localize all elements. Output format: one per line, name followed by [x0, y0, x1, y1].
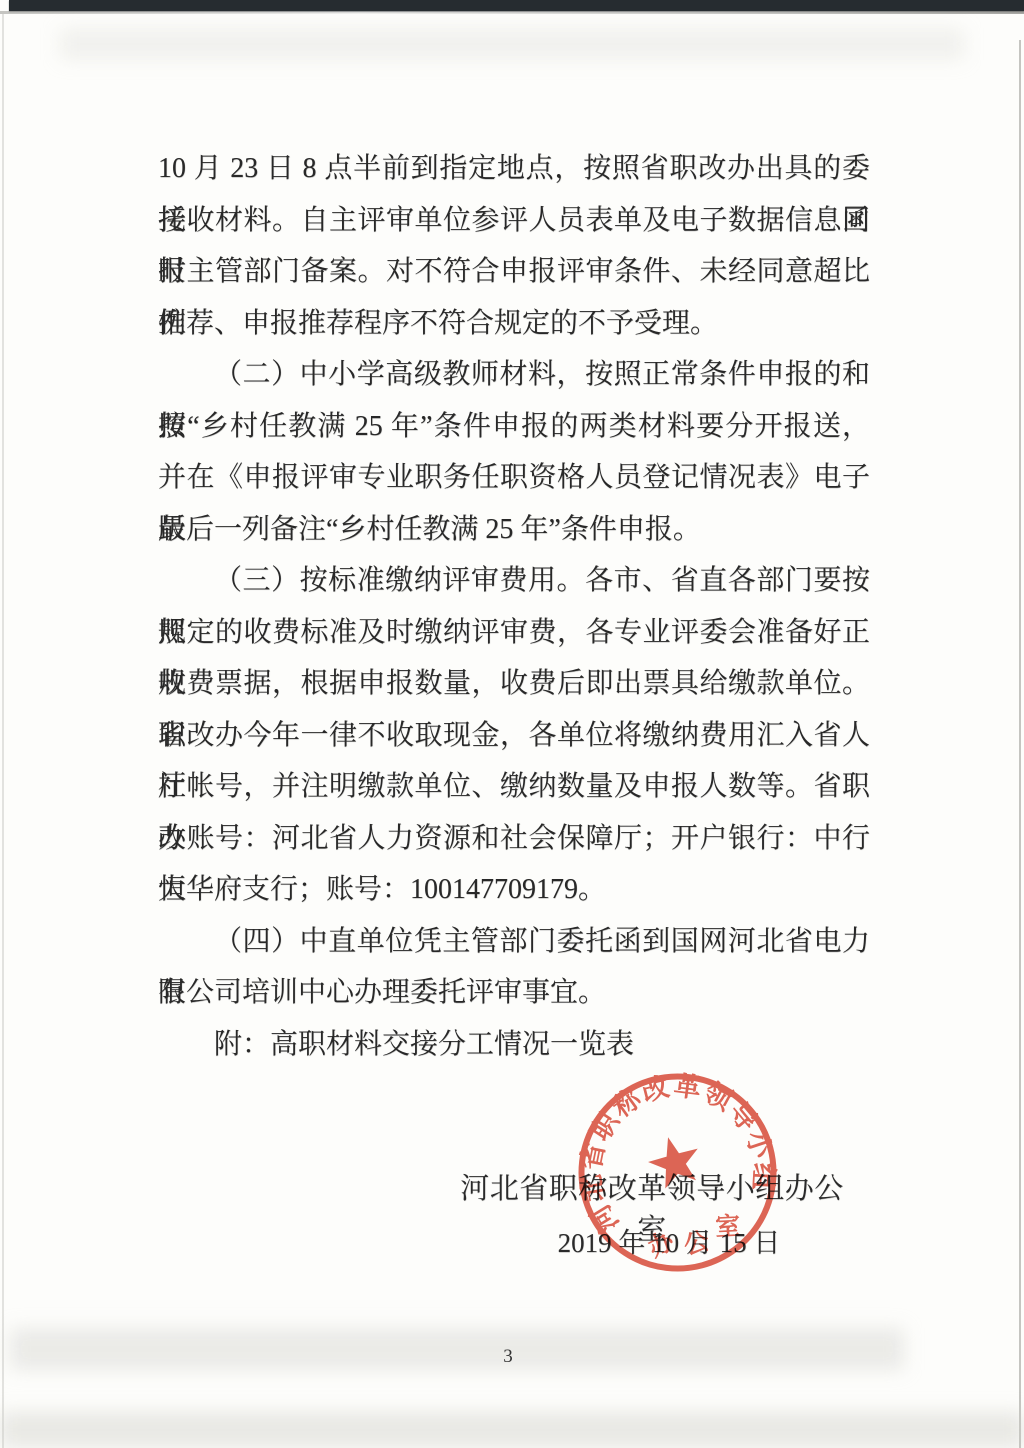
document-line: 并在《申报评审专业职务任职资格人员登记情况表》电子版 [158, 452, 870, 504]
scan-edge-top-shadow [0, 11, 1024, 14]
scan-artifact [0, 1412, 1024, 1448]
document-line: 推荐、申报推荐程序不符合规定的不予受理。 [158, 298, 870, 350]
official-seal: 河北省职称改革领导小组 办 公 室 [571, 1066, 784, 1279]
scanned-document-page: 10 月 23 日 8 点半前到指定地点，按照省职改办出具的委托函接收材料。自主… [0, 0, 1024, 1448]
document-line: 最后一列备注“乡村任教满 25 年”条件申报。 [158, 504, 870, 556]
document-line: 职改办今年一律不收取现金，各单位将缴纳费用汇入省人社 [158, 710, 870, 762]
document-line: 报主管部门备案。对不符合申报评审条件、未经同意超比例 [158, 246, 870, 298]
scan-edge-top [9, 0, 1024, 11]
document-line: 收费票据，根据申报数量，收费后即出票具给缴款单位。省 [158, 658, 870, 710]
scan-artifact [60, 28, 964, 60]
scan-edge-right [1019, 40, 1021, 1448]
document-line: （四）中直单位凭主管部门委托函到国网河北省电力有 [158, 916, 870, 968]
document-line: 接收材料。自主评审单位参评人员表单及电子数据信息同时 [158, 195, 870, 247]
document-line: 厅帐号，并注明缴款单位、缴纳数量及申报人数等。省职改 [158, 761, 870, 813]
seal-bottom-text: 室 [715, 1212, 741, 1241]
page-number: 3 [0, 1346, 1016, 1368]
document-line: （二）中小学高级教师材料，按照正常条件申报的和按 [158, 349, 870, 401]
document-line: 限公司培训中心办理委托评审事宜。 [158, 967, 870, 1019]
document-line: 办账号：河北省人力资源和社会保障厅；开户银行：中行恒 [158, 813, 870, 865]
document-line: 10 月 23 日 8 点半前到指定地点，按照省职改办出具的委托函 [158, 143, 870, 195]
document-line: （三）按标准缴纳评审费用。各市、省直各部门要按照 [158, 555, 870, 607]
paragraph: （三）按标准缴纳评审费用。各市、省直各部门要按照规定的收费标准及时缴纳评审费，各… [158, 555, 870, 916]
scan-edge-left [2, 14, 4, 1448]
paragraph: 附：高职材料交接分工情况一览表 [158, 1019, 870, 1071]
paragraph: （二）中小学高级教师材料，按照正常条件申报的和按照“乡村任教满 25 年”条件申… [158, 349, 870, 555]
seal-bottom-text: 公 [681, 1228, 712, 1261]
document-line: 附：高职材料交接分工情况一览表 [158, 1019, 870, 1071]
paragraph: 10 月 23 日 8 点半前到指定地点，按照省职改办出具的委托函接收材料。自主… [158, 143, 870, 349]
paragraph: （四）中直单位凭主管部门委托函到国网河北省电力有限公司培训中心办理委托评审事宜。 [158, 916, 870, 1019]
document-line: 大华府支行；账号：100147709179。 [158, 864, 870, 916]
document-line: 规定的收费标准及时缴纳评审费，各专业评委会准备好正规 [158, 607, 870, 659]
document-body: 10 月 23 日 8 点半前到指定地点，按照省职改办出具的委托函接收材料。自主… [158, 143, 870, 1070]
seal-star-icon [643, 1131, 705, 1191]
document-line: 照“乡村任教满 25 年”条件申报的两类材料要分开报送， [158, 401, 870, 453]
seal-bottom-text: 办 [644, 1226, 680, 1263]
